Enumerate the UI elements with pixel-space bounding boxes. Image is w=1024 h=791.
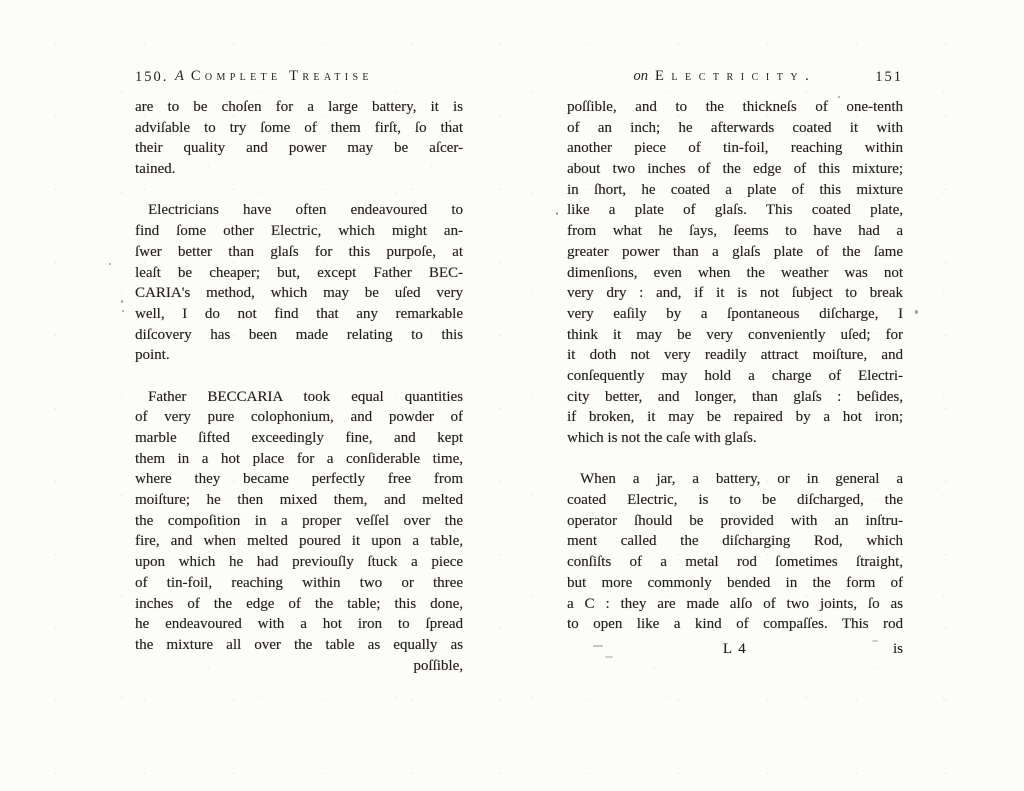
text-line: where they became perfectly free from — [135, 469, 463, 490]
text-line: their quality and power may be aſcer- — [135, 138, 463, 159]
running-title: onElectricity. — [634, 68, 817, 85]
text-line: diſcovery has been made relating to this — [135, 325, 463, 346]
text-line: them in a hot place for a conſiderable t… — [135, 449, 463, 470]
text-line: well, I do not find that any remarkable — [135, 304, 463, 325]
text-line: marble ſifted exceedingly fine, and kept — [135, 428, 463, 449]
running-title-text: Complete Treatise — [191, 68, 373, 84]
text-line: from what he ſays, ſeems to have had a — [567, 221, 903, 242]
paragraph: are to be choſen for a large battery, it… — [135, 97, 463, 180]
scan-speck — [121, 300, 123, 303]
signature-mark: L 4 — [723, 641, 747, 658]
text-line: tained. — [135, 159, 463, 180]
left-page: 150. AComplete Treatise are to be choſen… — [135, 68, 463, 676]
text-line: poſſible, and to the thickneſs of one-te… — [567, 97, 903, 118]
text-line: of tin-foil, reaching within two or thre… — [135, 573, 463, 594]
paragraph: poſſible, and to the thickneſs of one-te… — [567, 97, 903, 449]
text-line: very dry : and, if it is not ſubject to … — [567, 283, 903, 304]
paragraph: Electricians have often endeavoured tofi… — [135, 200, 463, 366]
text-line: another piece of tin-foil, reaching with… — [567, 138, 903, 159]
text-line: CARIA's method, which may be uſed very — [135, 283, 463, 304]
right-page-header: onElectricity. 151 — [567, 68, 903, 88]
text-line: city better, and longer, than glaſs : be… — [567, 387, 903, 408]
page-number: 151 — [875, 69, 903, 86]
scan-speck — [556, 212, 558, 215]
text-line: When a jar, a battery, or in general a — [567, 469, 903, 490]
running-title: AComplete Treatise — [175, 68, 373, 85]
text-line: like a plate of glaſs. This coated plate… — [567, 200, 903, 221]
page-number: 150. — [135, 69, 168, 86]
text-line: in ſhort, he coated a plate of this mixt… — [567, 180, 903, 201]
text-line: but more commonly bended in the form of — [567, 573, 903, 594]
text-line: he endeavoured with a hot iron to ſpread — [135, 614, 463, 635]
text-line: to open like a kind of compaſſes. This r… — [567, 614, 903, 635]
text-line: point. — [135, 345, 463, 366]
text-line: about two inches of the edge of this mix… — [567, 159, 903, 180]
text-line: moiſture; he then mixed them, and melted — [135, 490, 463, 511]
text-line: think it may be very conveniently uſed; … — [567, 325, 903, 346]
text-line: upon which he had previouſly ſtuck a pie… — [135, 552, 463, 573]
page-body: are to be choſen for a large battery, it… — [135, 97, 463, 656]
text-line: ſwer better than glaſs for this purpoſe,… — [135, 242, 463, 263]
scan-speck — [109, 263, 111, 265]
catchword: is — [893, 641, 903, 658]
text-line: a C : they are made alſo of two joints, … — [567, 594, 903, 615]
text-line: the compoſition in a proper veſſel over … — [135, 511, 463, 532]
paragraph: When a jar, a battery, or in general aco… — [567, 469, 903, 635]
left-page-header: 150. AComplete Treatise — [135, 68, 463, 88]
text-line: fire, and when melted poured it upon a t… — [135, 531, 463, 552]
text-line: are to be choſen for a large battery, it… — [135, 97, 463, 118]
text-line: coated Electric, is to be diſcharged, th… — [567, 490, 903, 511]
paragraph: Father BECCARIA took equal quantitiesof … — [135, 387, 463, 656]
scan-speck — [122, 310, 124, 312]
text-line: Electricians have often endeavoured to — [135, 200, 463, 221]
text-line: the mixture all over the table as equall… — [135, 635, 463, 656]
text-line: conſequently may hold a charge of Electr… — [567, 366, 903, 387]
text-line: of an inch; he afterwards coated it with — [567, 118, 903, 139]
text-line: very eaſily by a ſpontaneous diſcharge, … — [567, 304, 903, 325]
text-line: operator ſhould be provided with an inſt… — [567, 511, 903, 532]
text-line: which is not the caſe with glaſs. — [567, 428, 903, 449]
text-line: if broken, it may be repaired by a hot i… — [567, 407, 903, 428]
text-line: conſiſts of a metal rod ſometimes ſtraig… — [567, 552, 903, 573]
book-spread: 150. AComplete Treatise are to be choſen… — [0, 0, 1024, 791]
running-title-lead: A — [175, 68, 184, 84]
text-line: greater power than a glaſs plate of the … — [567, 242, 903, 263]
page-body: poſſible, and to the thickneſs of one-te… — [567, 97, 903, 635]
text-line: adviſable to try ſome of them firſt, ſo … — [135, 118, 463, 139]
running-title-text: Electricity. — [655, 68, 816, 84]
text-line: dimenſions, even when the weather was no… — [567, 263, 903, 284]
text-line: Father BECCARIA took equal quantities — [135, 387, 463, 408]
running-title-lead: on — [634, 68, 649, 84]
text-line: leaſt be cheaper; but, except Father BEC… — [135, 263, 463, 284]
catchword: poſſible, — [135, 656, 463, 677]
right-page: onElectricity. 151 poſſible, and to the … — [567, 68, 903, 662]
text-line: ment called the diſcharging Rod, which — [567, 531, 903, 552]
text-line: inches of the edge of the table; this do… — [135, 594, 463, 615]
text-line: it doth not very readily attract moiſtur… — [567, 345, 903, 366]
text-line: find ſome other Electric, which might an… — [135, 221, 463, 242]
page-footer: L 4 is — [567, 641, 903, 662]
scan-speck — [915, 310, 918, 314]
text-line: of very pure colophonium, and powder of — [135, 407, 463, 428]
